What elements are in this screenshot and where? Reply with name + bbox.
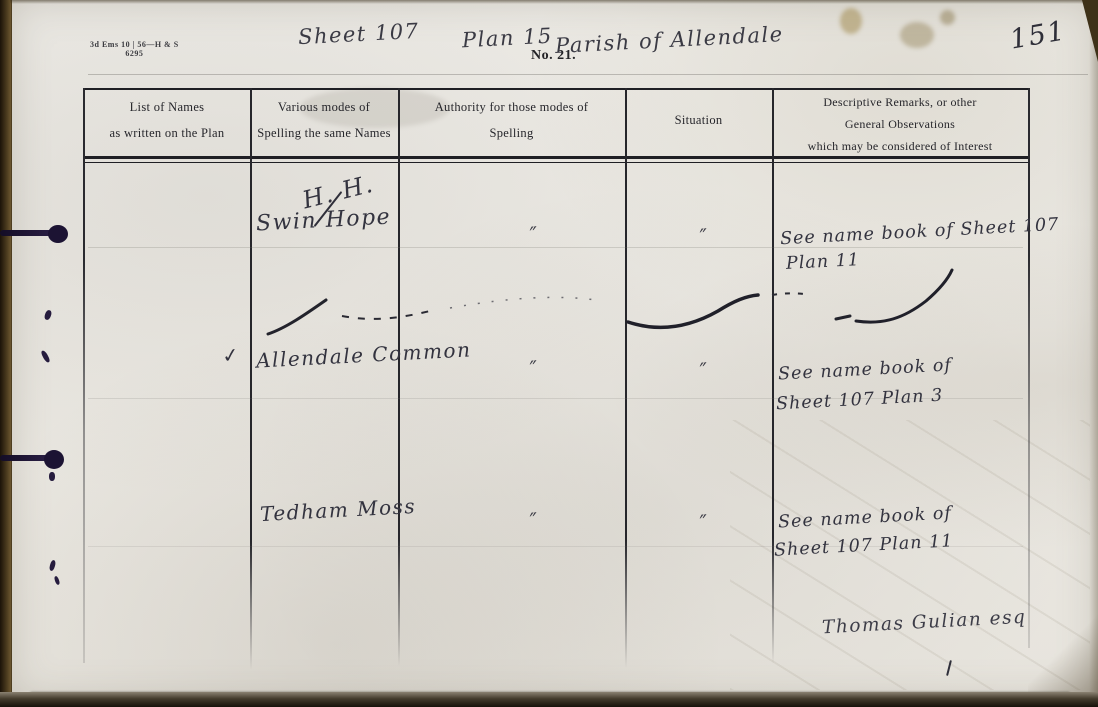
row3-authority-ditto: ″ bbox=[529, 508, 540, 533]
page-corner-fold bbox=[1028, 613, 1098, 699]
ink-stain bbox=[900, 22, 934, 48]
column-header-line: Descriptive Remarks, or other bbox=[774, 95, 1026, 110]
column-header-line: Various modes of bbox=[252, 100, 396, 115]
column-divider bbox=[250, 88, 252, 670]
table-left-border bbox=[83, 88, 85, 663]
column-header-line: Authority for those modes of bbox=[400, 100, 623, 115]
row3-remarks-line1: See name book of bbox=[778, 503, 953, 532]
column-header-line: Spelling the same Names bbox=[252, 126, 396, 141]
table-top-rule bbox=[83, 88, 1028, 90]
stamp-line-1: 3d Ems 10 | 56—H & S bbox=[90, 40, 179, 49]
column-header-line: General Observations bbox=[774, 117, 1026, 132]
binding-tie-knot bbox=[44, 450, 64, 469]
row2-situation-ditto: ″ bbox=[699, 358, 710, 383]
binding-tie-ink bbox=[0, 455, 50, 461]
row3-name: Tedham Moss bbox=[259, 494, 416, 526]
plan-number-handwritten: Plan 15 bbox=[461, 24, 553, 53]
page-right-edge bbox=[1089, 0, 1098, 707]
row3-situation-ditto: ″ bbox=[699, 510, 710, 535]
column-header-authority: Authority for those modes of Spelling bbox=[400, 100, 623, 152]
row3-remarks-line2: Sheet 107 Plan 11 bbox=[774, 531, 954, 560]
page-bottom-shadow bbox=[0, 692, 1098, 707]
book-binding-edge bbox=[0, 0, 12, 707]
binding-tie-knot bbox=[48, 225, 68, 243]
row2-authority-ditto: ″ bbox=[529, 356, 540, 381]
printers-code-stamp: 3d Ems 10 | 56—H & S 6295 bbox=[90, 40, 179, 58]
row1-remarks-line1: See name book of Sheet 107 bbox=[780, 215, 1060, 250]
ink-stain bbox=[940, 10, 955, 25]
faint-row-rule bbox=[88, 247, 1023, 248]
row1-situation-ditto: ″ bbox=[699, 224, 710, 249]
sheet-number-handwritten: Sheet 107 bbox=[297, 19, 420, 49]
column-header-names: List of Names as written on the Plan bbox=[88, 100, 246, 152]
column-header-line: Situation bbox=[627, 113, 770, 128]
column-header-line: Spelling bbox=[400, 126, 623, 141]
column-header-situation: Situation bbox=[627, 113, 770, 139]
paper-sheet: 3d Ems 10 | 56—H & S 6295 No. 21. Sheet … bbox=[10, 0, 1098, 701]
column-divider bbox=[772, 88, 774, 664]
ink-tick-stroke bbox=[946, 660, 952, 676]
scanned-name-book-page: 3d Ems 10 | 56—H & S 6295 No. 21. Sheet … bbox=[0, 0, 1098, 707]
ink-spot bbox=[49, 472, 55, 481]
row1-name: Swin Hope bbox=[255, 204, 391, 236]
page-number-handwritten: 151 bbox=[1008, 15, 1069, 55]
column-header-line: as written on the Plan bbox=[88, 126, 246, 141]
column-divider bbox=[625, 88, 627, 668]
column-header-line: which may be considered of Interest bbox=[774, 139, 1026, 154]
ink-stain bbox=[840, 8, 862, 34]
ink-flourish-line bbox=[250, 270, 1020, 350]
surveyor-signature: Thomas Gulian esq bbox=[822, 607, 1027, 639]
stamp-line-2: 6295 bbox=[90, 49, 179, 58]
faint-rule bbox=[88, 74, 1088, 75]
parish-name-handwritten: Parish of Allendale bbox=[555, 22, 785, 58]
row2-remarks-line2: Sheet 107 Plan 3 bbox=[776, 386, 944, 415]
page-top-edge bbox=[10, 0, 1098, 4]
row1-authority-ditto: ″ bbox=[529, 222, 540, 247]
row2-remarks-line1: See name book of bbox=[778, 355, 953, 384]
column-header-spelling-modes: Various modes of Spelling the same Names bbox=[252, 100, 396, 152]
row2-checkmark: ✓ bbox=[220, 342, 241, 368]
column-divider bbox=[398, 88, 400, 666]
table-right-border bbox=[1028, 88, 1030, 648]
column-header-line: List of Names bbox=[88, 100, 246, 115]
column-header-remarks: Descriptive Remarks, or other General Ob… bbox=[774, 95, 1026, 165]
